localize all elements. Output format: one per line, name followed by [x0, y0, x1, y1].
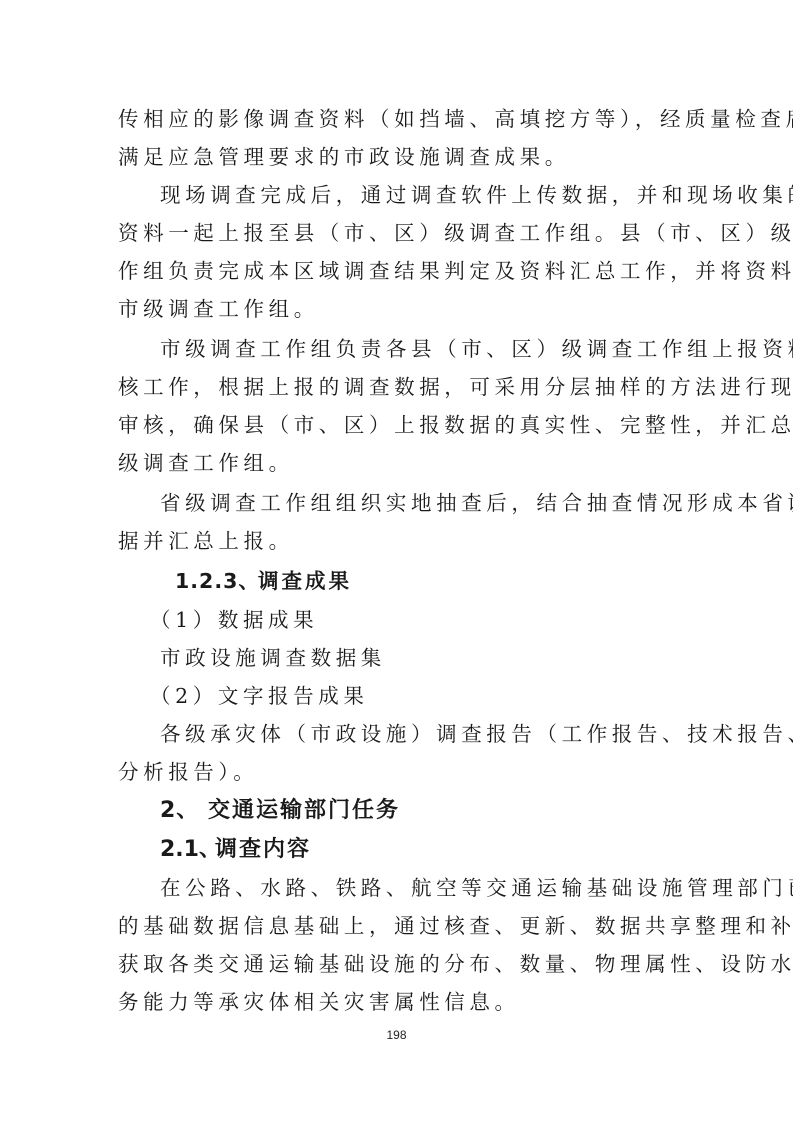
- text-line: 务能力等承灾体相关灾害属性信息。: [118, 990, 520, 1014]
- text-line: 资料一起上报至县（市、区）级调查工作组。县（市、区）级调查工: [118, 221, 793, 245]
- section-heading-number: 1.2.3、: [175, 569, 260, 593]
- text-line: 市级调查工作组。: [118, 297, 319, 321]
- text-line: 市级调查工作组负责各县（市、区）级调查工作组上报资料的审: [160, 337, 793, 361]
- chapter-heading-number: 2、: [160, 799, 199, 823]
- text-line: 省级调查工作组组织实地抽查后，结合抽查情况形成本省调查数: [160, 491, 793, 515]
- text-line: 现场调查完成后，通过调查软件上传数据，并和现场收集的影像: [160, 183, 793, 207]
- document-page: 传相应的影像调查资料（如挡墙、高填挖方等），经质量检查后形成 满足应急管理要求的…: [0, 0, 793, 1122]
- text-line: 据并汇总上报。: [118, 529, 294, 553]
- list-item-label: （1）数据成果: [150, 608, 318, 632]
- text-line: 获取各类交通运输基础设施的分布、数量、物理属性、设防水平、服: [118, 952, 793, 976]
- list-item-content: 各级承灾体（市政设施）调查报告（工作报告、技术报告、成果: [160, 722, 793, 746]
- text-line: 级调查工作组。: [118, 451, 294, 475]
- subsection-heading-title: 调查内容: [215, 838, 311, 862]
- text-line: 传相应的影像调查资料（如挡墙、高填挖方等），经质量检查后形成: [118, 107, 793, 131]
- subsection-heading-number: 2.1、: [160, 838, 221, 862]
- chapter-heading-title: 交通运输部门任务: [208, 799, 400, 823]
- text-line: 满足应急管理要求的市政设施调查成果。: [118, 145, 570, 169]
- list-item-content: 分析报告）。: [118, 760, 258, 784]
- text-line: 作组负责完成本区域调查结果判定及资料汇总工作，并将资料上报至: [118, 259, 793, 283]
- list-item-label: （2）文字报告成果: [150, 684, 368, 708]
- page-number: 198: [0, 1028, 793, 1042]
- list-item-content: 市政设施调查数据集: [160, 646, 386, 670]
- text-line: 核工作，根据上报的调查数据，可采用分层抽样的方法进行现场查验: [118, 375, 793, 399]
- text-line: 在公路、水路、铁路、航空等交通运输基础设施管理部门已掌握: [160, 876, 793, 900]
- text-line: 的基础数据信息基础上，通过核查、更新、数据共享整理和补充调查，: [118, 914, 793, 938]
- text-line: 审核，确保县（市、区）上报数据的真实性、完整性，并汇总上报省: [118, 413, 793, 437]
- section-heading-title: 调查成果: [258, 569, 352, 593]
